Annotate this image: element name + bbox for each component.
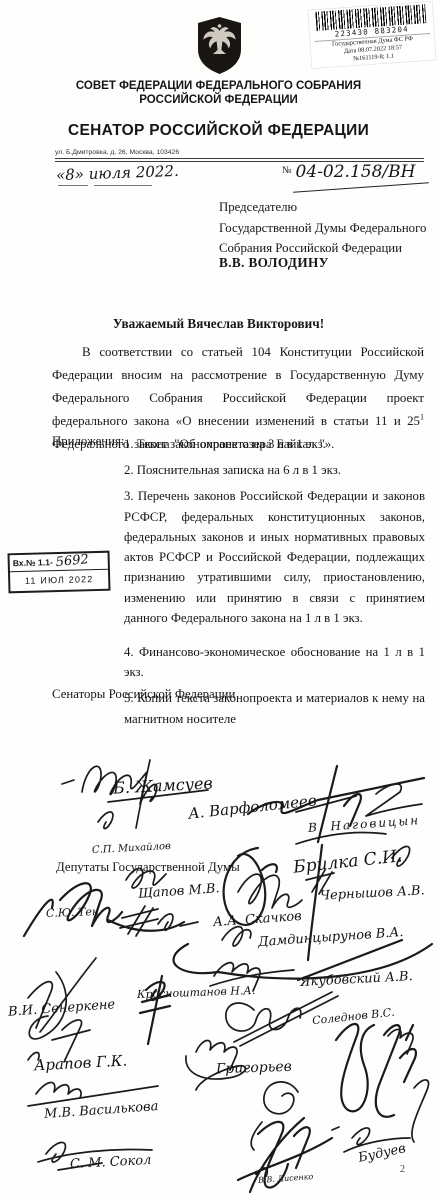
stamp-handwritten-number: 5692 [55, 552, 89, 570]
month-underline [94, 185, 152, 186]
signature [251, 1082, 298, 1150]
body-text-1: В соответствии со статьей 104 Конституци… [52, 345, 424, 428]
attachment-item: 4. Финансово-экономическое обоснование н… [124, 642, 425, 682]
page-number: 2 [400, 1164, 405, 1175]
signature [222, 927, 251, 946]
date-underline [58, 185, 88, 186]
letterhead-title: СЕНАТОР РОССИЙСКОЙ ФЕДЕРАЦИИ [0, 122, 437, 140]
signature [336, 1024, 416, 1117]
addressee-name: В.В. ВОЛОДИНУ [219, 255, 329, 271]
number-underline [293, 182, 429, 192]
stamp-label: Вх.№ 1.1- [13, 557, 53, 568]
stamp-date: 11 ИЮЛ 2022 [10, 570, 108, 592]
addressee-block: Председателю Государственной Думы Федера… [219, 197, 426, 259]
addressee-line-2: Государственной Думы Федерального [219, 218, 426, 239]
salutation: Уважаемый Вячеслав Викторович! [0, 316, 437, 332]
senators-label: Сенаторы Российской Федерации [52, 687, 235, 702]
coat-of-arms-icon [196, 16, 243, 75]
attachment-item: 1. Текст законопроекта на 3 л в 1 экз. [124, 434, 425, 454]
addressee-line-1: Председателю [219, 197, 426, 218]
incoming-stamp: Вх.№ 1.1- 5692 11 ИЮЛ 2022 [7, 551, 110, 594]
scanned-letter-page: 223430 883204 Государственная Дума ФС РФ… [0, 0, 437, 1200]
org-line-2: РОССИЙСКОЙ ФЕДЕРАЦИИ [0, 94, 437, 108]
attachment-item: 3. Перечень законов Российской Федерации… [124, 486, 425, 628]
letterhead-org: СОВЕТ ФЕДЕРАЦИИ ФЕДЕРАЛЬНОГО СОБРАНИЯ РО… [0, 80, 437, 108]
registration-sticker: 223430 883204 Государственная Дума ФС РФ… [308, 2, 436, 68]
attachments-label: Приложения: [52, 434, 124, 449]
signature [238, 874, 302, 908]
outgoing-number: № 04-02.158/ВН [282, 162, 415, 182]
signature-name: С.Ю. Тен [46, 905, 100, 920]
letterhead-address: ул. Б.Дмитровка, д. 26, Москва, 103426 [55, 149, 179, 156]
signature [98, 812, 113, 829]
attachment-item: 2. Пояснительная записка на 6 л в 1 экз. [124, 460, 425, 480]
signature [120, 906, 198, 936]
body-superscript: 1 [420, 413, 424, 422]
handwritten-date: «8» июля 2022. [56, 162, 179, 184]
number-sign: № [282, 165, 292, 176]
handwritten-number: 04-02.158/ВН [296, 162, 416, 182]
signature [412, 1080, 429, 1142]
org-line-1: СОВЕТ ФЕДЕРАЦИИ ФЕДЕРАЛЬНОГО СОБРАНИЯ [0, 80, 437, 94]
signature-name: Григорьев [216, 1059, 292, 1078]
